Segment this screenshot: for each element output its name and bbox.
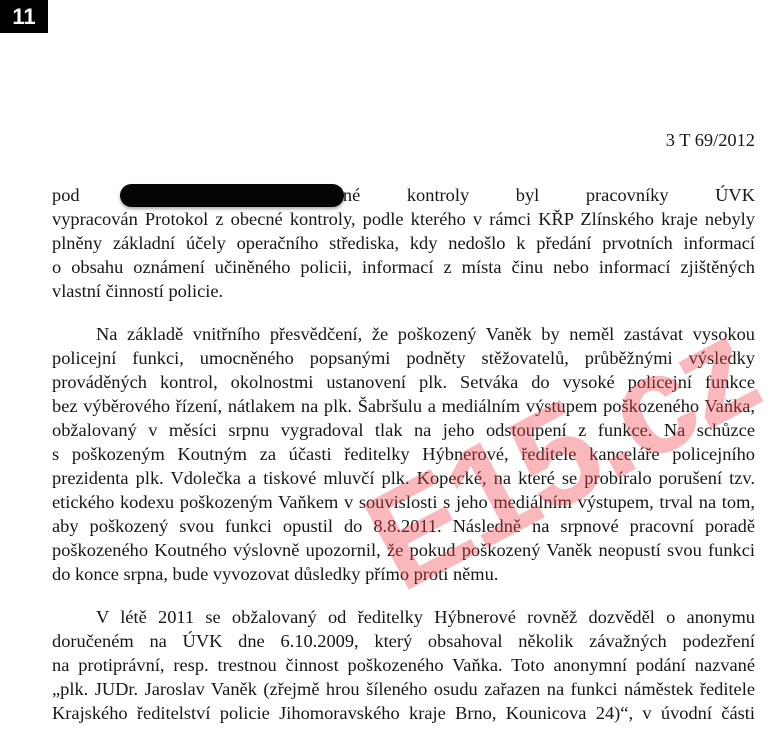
paragraph1-line: vlastní činností policie. — [52, 279, 755, 303]
paragraph2-line: prezidenta plk. Vdolečka a tiskové mluvč… — [52, 466, 755, 490]
case-number: 3 T 69/2012 — [666, 130, 755, 151]
paragraph2-line: prováděných kontrol, okolnostmi ustanove… — [52, 370, 755, 394]
paragraph2-line: s poškozeným Koutným za účasti ředitelky… — [52, 442, 755, 466]
paragraph2-line: poškozeného Koutného výslovně upozornil,… — [52, 538, 755, 562]
paragraph2-line: etického kodexu poškozeným Vaňkem v souv… — [52, 490, 755, 514]
paragraph1-line: vypracován Protokol z obecné kontroly, p… — [52, 207, 755, 231]
paragraph3-line: na protiprávní, resp. trestnou činnost p… — [52, 653, 755, 677]
paragraph2-line: Na základě vnitřního přesvědčení, že poš… — [52, 322, 755, 346]
paragraph2-line: policejní funkci, umocněného popsanými p… — [52, 346, 755, 370]
paragraph1-line: plněny základní účely operačního středis… — [52, 231, 755, 255]
paragraph3-line: „plk. JUDr. Jaroslav Vaněk (zřejmě hrou … — [52, 677, 755, 701]
paragraph2-line: obžalovaný v měsíci srpnu vygradoval tla… — [52, 418, 755, 442]
paragraph3-line: V létě 2011 se obžalovaný od ředitelky H… — [52, 605, 755, 629]
paragraph2-line: bez výběrového řízení, nátlakem na plk. … — [52, 394, 755, 418]
page-number-badge: 11 — [0, 0, 48, 33]
paragraph3-line: Krajského ředitelství policie Jihomoravs… — [52, 701, 755, 725]
redaction-bar — [120, 184, 344, 207]
paragraph3-line: doručeném na ÚVK dne 6.10.2009, který ob… — [52, 629, 755, 653]
paragraph1-line: o obsahu oznámení učiněného policii, inf… — [52, 255, 755, 279]
paragraph2-line: aby poškozený svou funkci opustil do 8.8… — [52, 514, 755, 538]
paragraph2-line: do konce srpna, bude vyvozovat důsledky … — [52, 562, 755, 586]
